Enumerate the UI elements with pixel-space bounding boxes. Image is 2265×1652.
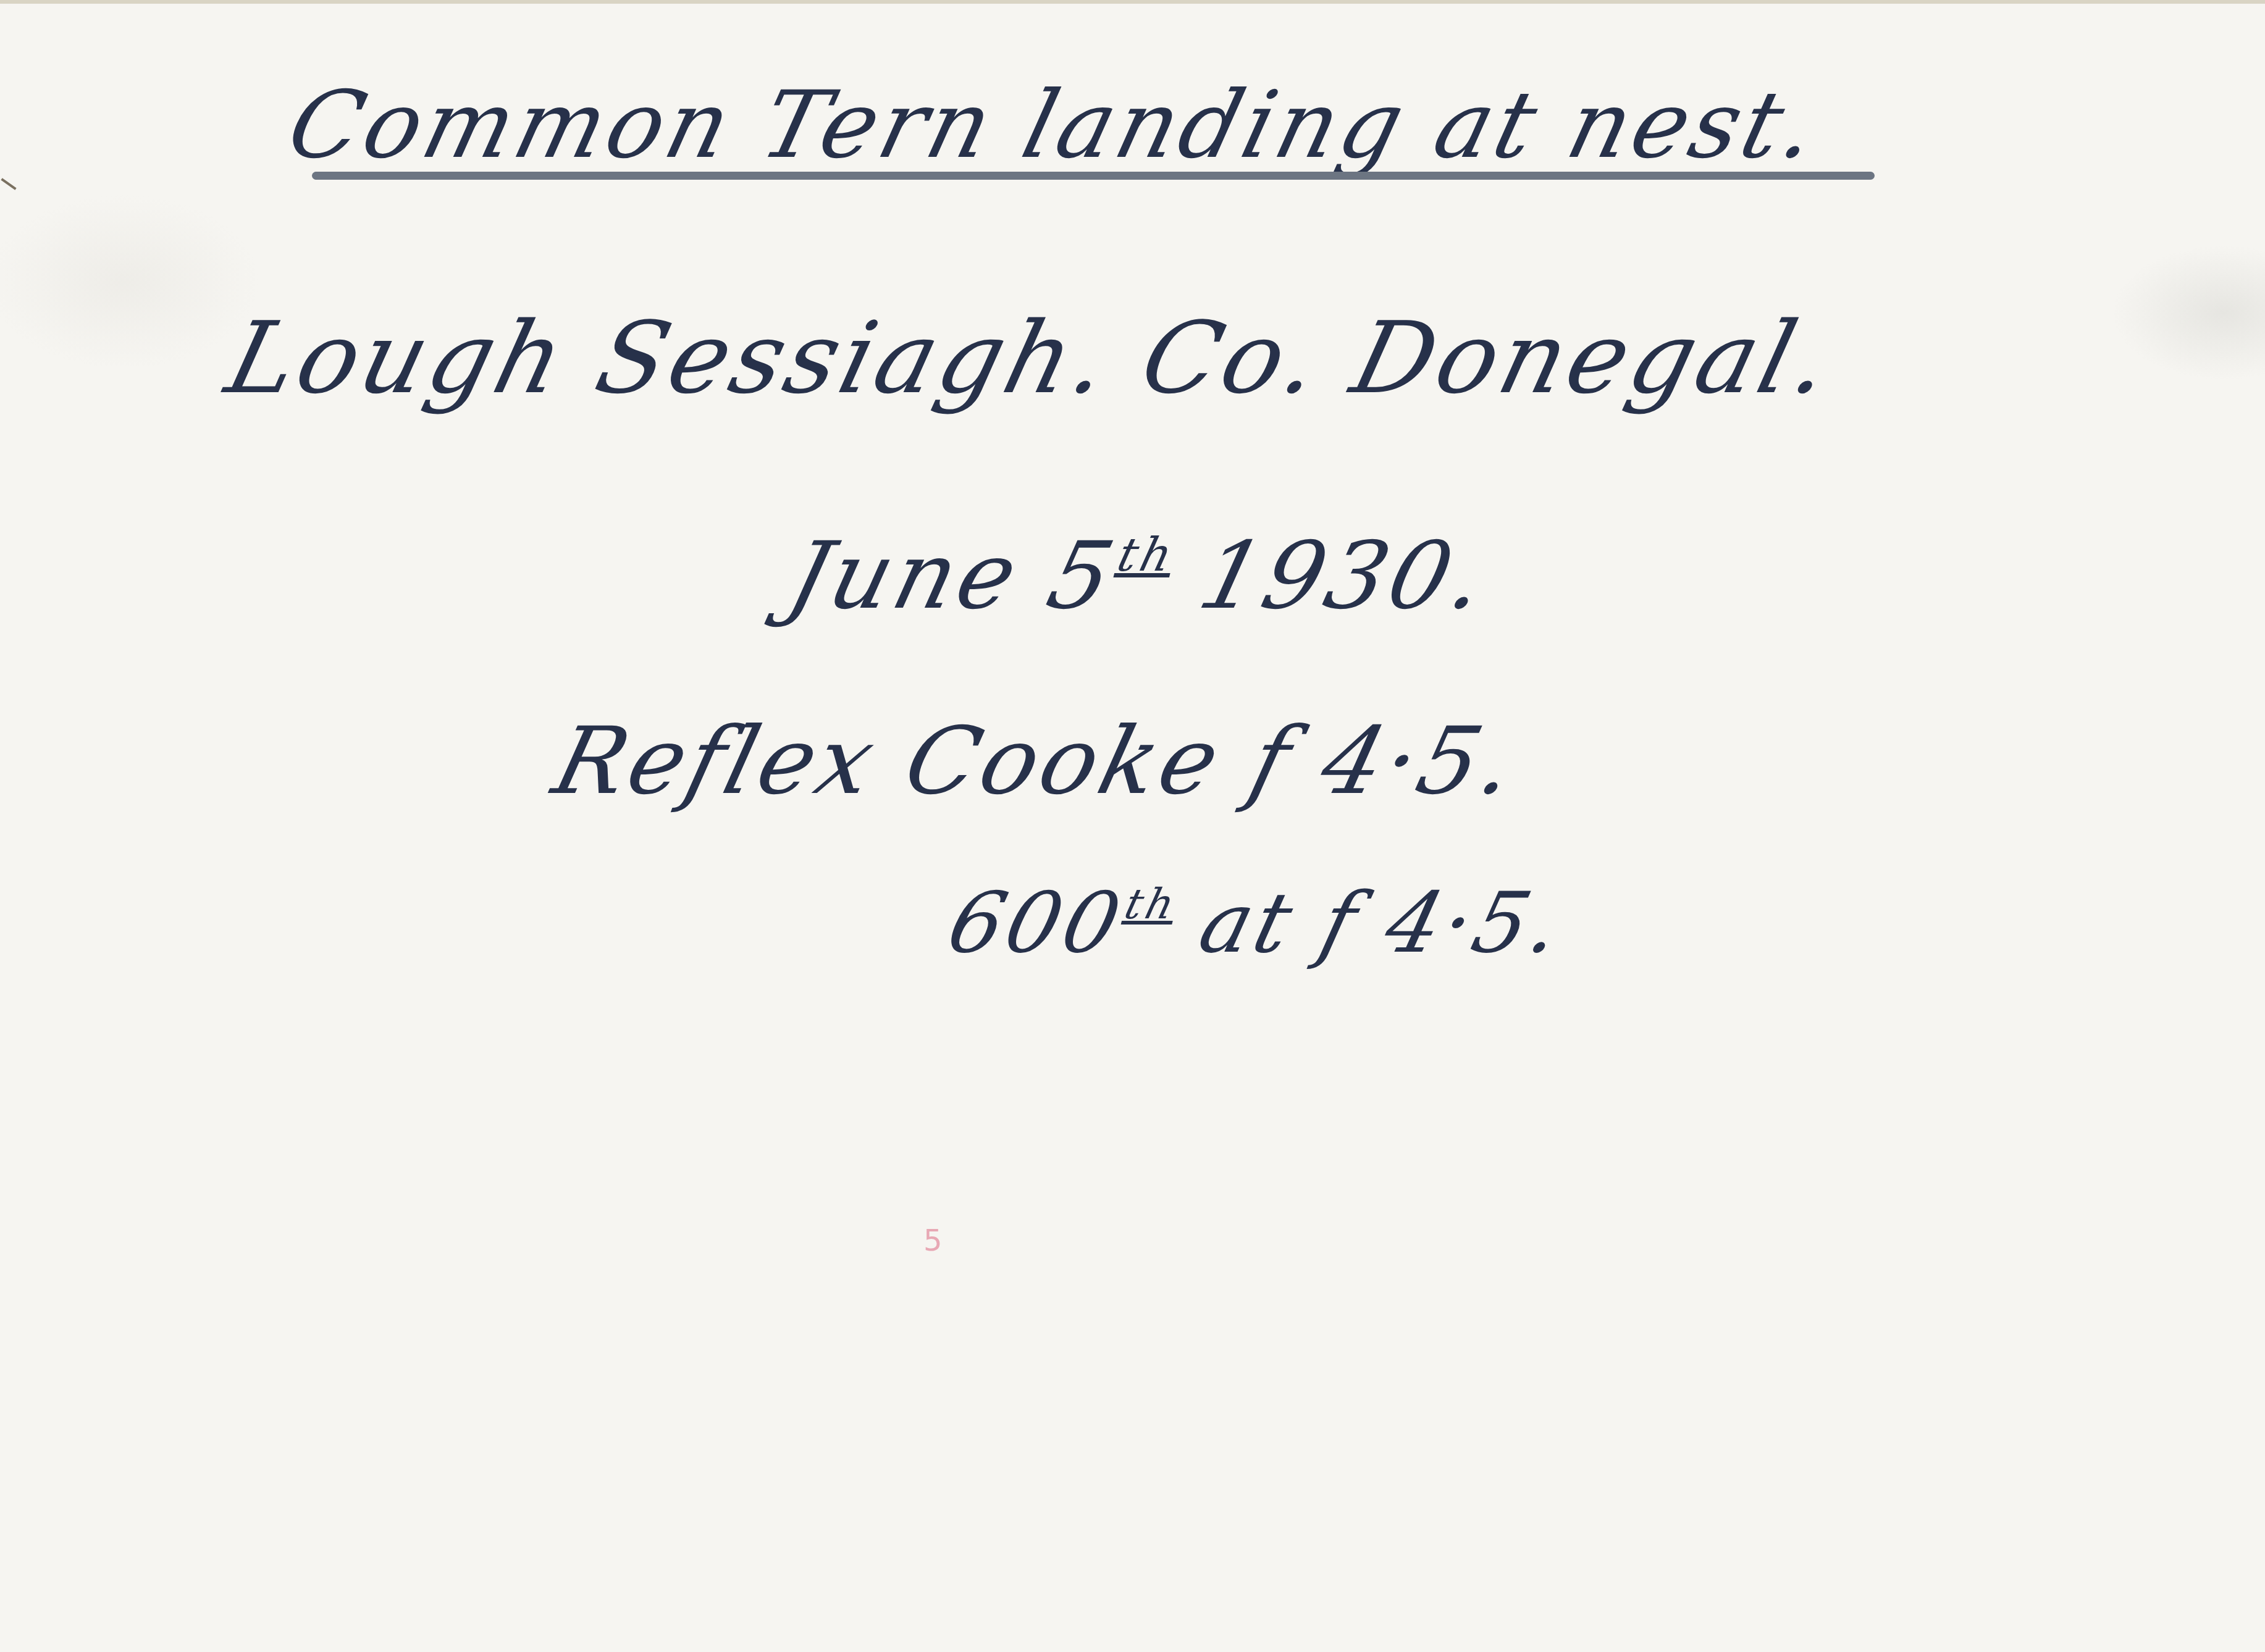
exposure-value: 600: [939, 874, 1133, 971]
date-line: June 5th 1930.: [778, 522, 1500, 630]
location-line: Lough Sessiagh. Co. Donegal.: [216, 300, 1846, 416]
date-year: 1930.: [1189, 522, 1500, 630]
exposure-aperture: at f 4·5.: [1190, 874, 1574, 971]
exposure-line: 600th at f 4·5.: [939, 874, 1574, 971]
archival-card: Common Tern landing at nest. Lough Sessi…: [0, 0, 2265, 1652]
title-underline: [312, 172, 1875, 180]
camera-line: Reflex Cooke f 4·5.: [544, 708, 1529, 815]
card-title: Common Tern landing at nest.: [278, 72, 1831, 179]
edge-scratch: [1, 178, 16, 190]
pencil-margin-mark: 5: [923, 1223, 943, 1258]
date-day: 5th: [1038, 522, 1183, 630]
date-month: June: [778, 522, 1032, 630]
